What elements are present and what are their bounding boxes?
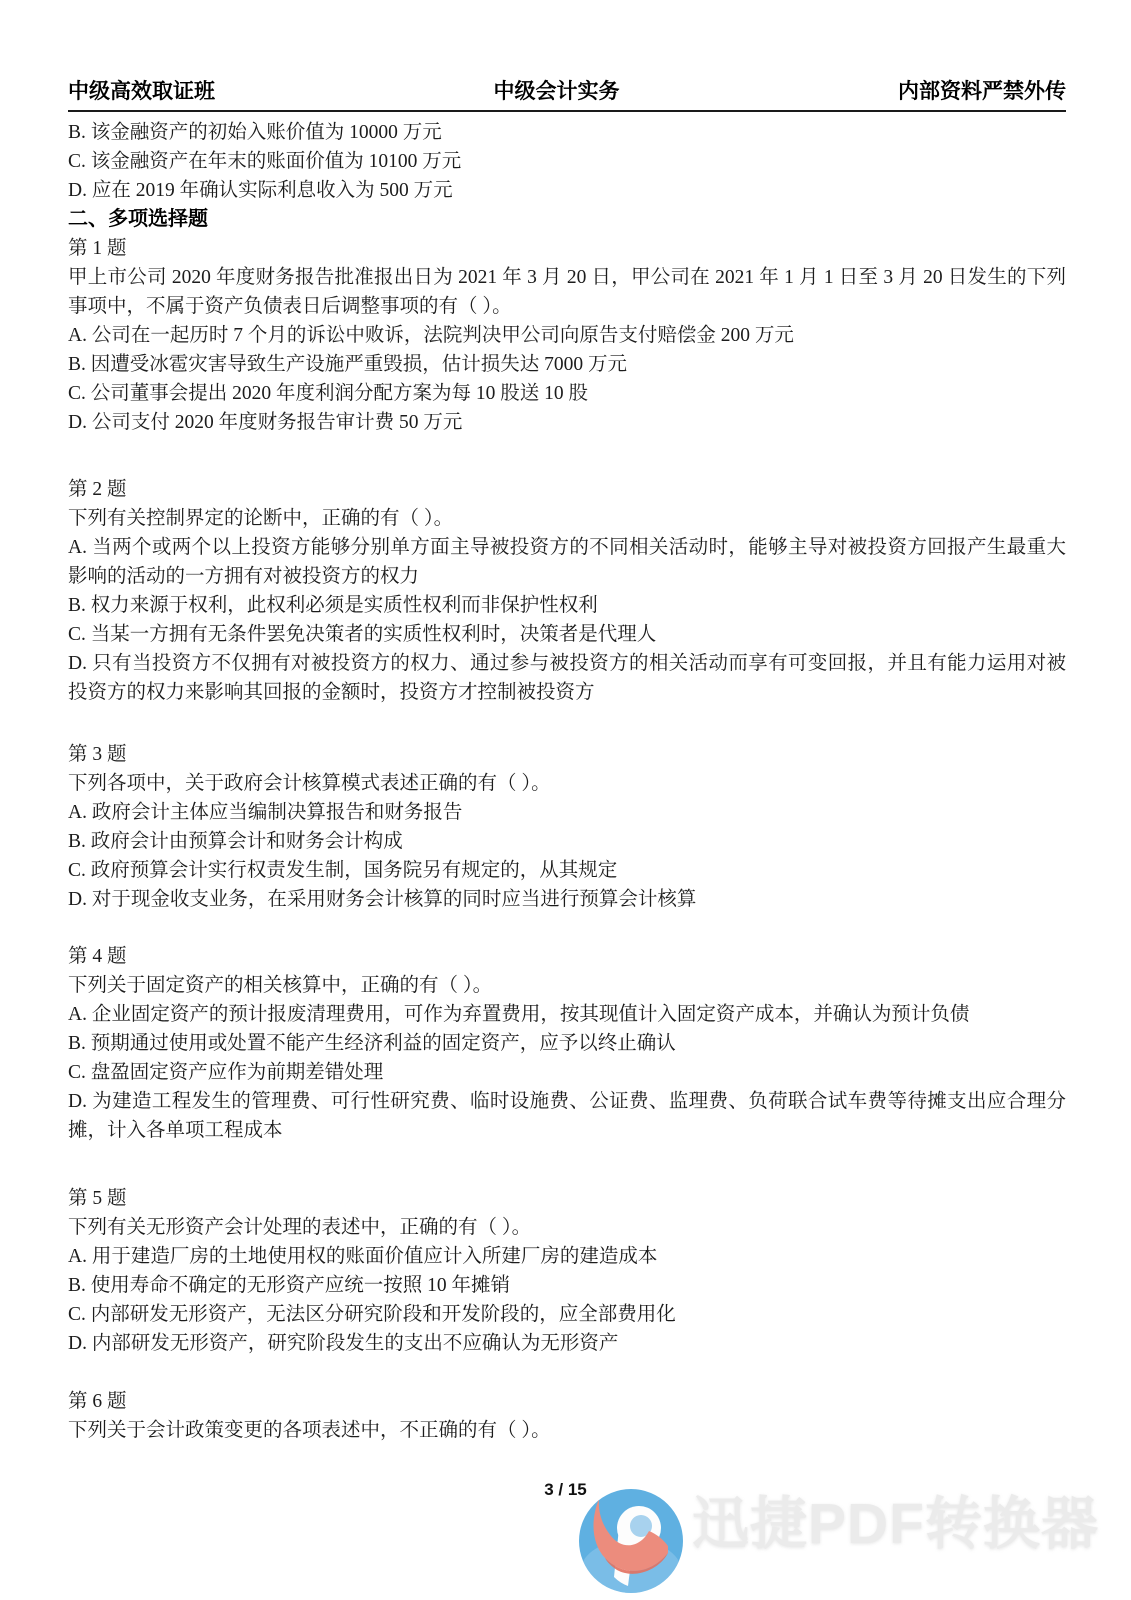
- header-course-label: 中级高效取证班: [68, 80, 215, 104]
- question-option: A. 公司在一起历时 7 个月的诉讼中败诉，法院判决甲公司向原告支付赔偿金 20…: [68, 321, 1066, 350]
- page-header: 中级高效取证班 中级会计实务 内部资料严禁外传: [68, 80, 1066, 104]
- question-block: 第 1 题 甲上市公司 2020 年度财务报告批准报出日为 2021 年 3 月…: [68, 234, 1066, 437]
- question-block: 第 6 题 下列关于会计政策变更的各项表述中，不正确的有（ ）。: [68, 1387, 1066, 1445]
- question-option: B. 使用寿命不确定的无形资产应统一按照 10 年摊销: [68, 1271, 1066, 1300]
- document-content: B. 该金融资产的初始入账价值为 10000 万元C. 该金融资产在年末的账面价…: [68, 112, 1066, 1445]
- question-option: C. 公司董事会提出 2020 年度利润分配方案为每 10 股送 10 股: [68, 379, 1066, 408]
- header-subject-label: 中级会计实务: [494, 80, 620, 104]
- watermark-text: 迅捷PDF转换器: [692, 1492, 1099, 1558]
- question-option: B. 权力来源于权利，此权利必须是实质性权利而非保护性权利: [68, 591, 1066, 620]
- carryover-option-line: D. 应在 2019 年确认实际利息收入为 500 万元: [68, 176, 1066, 205]
- section-title: 二、多项选择题: [68, 205, 1066, 234]
- question-options: A. 用于建造厂房的土地使用权的账面价值应计入所建厂房的建造成本B. 使用寿命不…: [68, 1242, 1066, 1358]
- question-option: A. 政府会计主体应当编制决算报告和财务报告: [68, 798, 1066, 827]
- question-option: D. 对于现金收支业务，在采用财务会计核算的同时应当进行预算会计核算: [68, 885, 1066, 914]
- question-block: 第 5 题 下列有关无形资产会计处理的表述中，正确的有（ ）。 A. 用于建造厂…: [68, 1184, 1066, 1358]
- question-stem: 下列有关控制界定的论断中，正确的有（ ）。: [68, 504, 1066, 533]
- question-block: 第 3 题 下列各项中，关于政府会计核算模式表述正确的有（ ）。 A. 政府会计…: [68, 740, 1066, 914]
- question-stem: 下列各项中，关于政府会计核算模式表述正确的有（ ）。: [68, 769, 1066, 798]
- question-option: A. 用于建造厂房的土地使用权的账面价值应计入所建厂房的建造成本: [68, 1242, 1066, 1271]
- page-footer: 3 / 15: [0, 1480, 1131, 1500]
- question-option: C. 当某一方拥有无条件罢免决策者的实质性权利时，决策者是代理人: [68, 620, 1066, 649]
- question-list: 第 1 题 甲上市公司 2020 年度财务报告批准报出日为 2021 年 3 月…: [68, 234, 1066, 1445]
- question-stem: 下列有关无形资产会计处理的表述中，正确的有（ ）。: [68, 1213, 1066, 1242]
- pdf-converter-logo-icon: [578, 1488, 684, 1594]
- page-number: 3 / 15: [544, 1480, 587, 1499]
- question-label: 第 3 题: [68, 740, 1066, 769]
- question-label: 第 5 题: [68, 1184, 1066, 1213]
- question-option: D. 公司支付 2020 年度财务报告审计费 50 万元: [68, 408, 1066, 437]
- question-label: 第 6 题: [68, 1387, 1066, 1416]
- question-label: 第 4 题: [68, 942, 1066, 971]
- question-label: 第 1 题: [68, 234, 1066, 263]
- question-option: A. 企业固定资产的预计报废清理费用，可作为弃置费用，按其现值计入固定资产成本，…: [68, 1000, 1066, 1029]
- question-options: A. 政府会计主体应当编制决算报告和财务报告B. 政府会计由预算会计和财务会计构…: [68, 798, 1066, 914]
- question-option: B. 预期通过使用或处置不能产生经济利益的固定资产，应予以终止确认: [68, 1029, 1066, 1058]
- question-option: A. 当两个或两个以上投资方能够分别单方面主导被投资方的不同相关活动时，能够主导…: [68, 533, 1066, 591]
- question-options: A. 公司在一起历时 7 个月的诉讼中败诉，法院判决甲公司向原告支付赔偿金 20…: [68, 321, 1066, 437]
- question-block: 第 2 题 下列有关控制界定的论断中，正确的有（ ）。 A. 当两个或两个以上投…: [68, 475, 1066, 707]
- question-option: B. 因遭受冰雹灾害导致生产设施严重毁损，估计损失达 7000 万元: [68, 350, 1066, 379]
- question-option: B. 政府会计由预算会计和财务会计构成: [68, 827, 1066, 856]
- question-options: A. 当两个或两个以上投资方能够分别单方面主导被投资方的不同相关活动时，能够主导…: [68, 533, 1066, 707]
- question-stem: 下列关于会计政策变更的各项表述中，不正确的有（ ）。: [68, 1416, 1066, 1445]
- question-stem: 甲上市公司 2020 年度财务报告批准报出日为 2021 年 3 月 20 日，…: [68, 263, 1066, 321]
- document-page: 中级高效取证班 中级会计实务 内部资料严禁外传 B. 该金融资产的初始入账价值为…: [0, 0, 1131, 1600]
- question-option: D. 内部研发无形资产，研究阶段发生的支出不应确认为无形资产: [68, 1329, 1066, 1358]
- question-stem: 下列关于固定资产的相关核算中，正确的有（ ）。: [68, 971, 1066, 1000]
- carryover-options: B. 该金融资产的初始入账价值为 10000 万元C. 该金融资产在年末的账面价…: [68, 118, 1066, 205]
- question-option: D. 只有当投资方不仅拥有对被投资方的权力、通过参与被投资方的相关活动而享有可变…: [68, 649, 1066, 707]
- question-block: 第 4 题 下列关于固定资产的相关核算中，正确的有（ ）。 A. 企业固定资产的…: [68, 942, 1066, 1145]
- carryover-option-line: C. 该金融资产在年末的账面价值为 10100 万元: [68, 147, 1066, 176]
- question-option: C. 内部研发无形资产，无法区分研究阶段和开发阶段的，应全部费用化: [68, 1300, 1066, 1329]
- question-options: A. 企业固定资产的预计报废清理费用，可作为弃置费用，按其现值计入固定资产成本，…: [68, 1000, 1066, 1145]
- question-option: C. 盘盈固定资产应作为前期差错处理: [68, 1058, 1066, 1087]
- question-option: C. 政府预算会计实行权责发生制，国务院另有规定的，从其规定: [68, 856, 1066, 885]
- carryover-option-line: B. 该金融资产的初始入账价值为 10000 万元: [68, 118, 1066, 147]
- header-confidential-label: 内部资料严禁外传: [898, 80, 1066, 104]
- question-label: 第 2 题: [68, 475, 1066, 504]
- question-option: D. 为建造工程发生的管理费、可行性研究费、临时设施费、公证费、监理费、负荷联合…: [68, 1087, 1066, 1145]
